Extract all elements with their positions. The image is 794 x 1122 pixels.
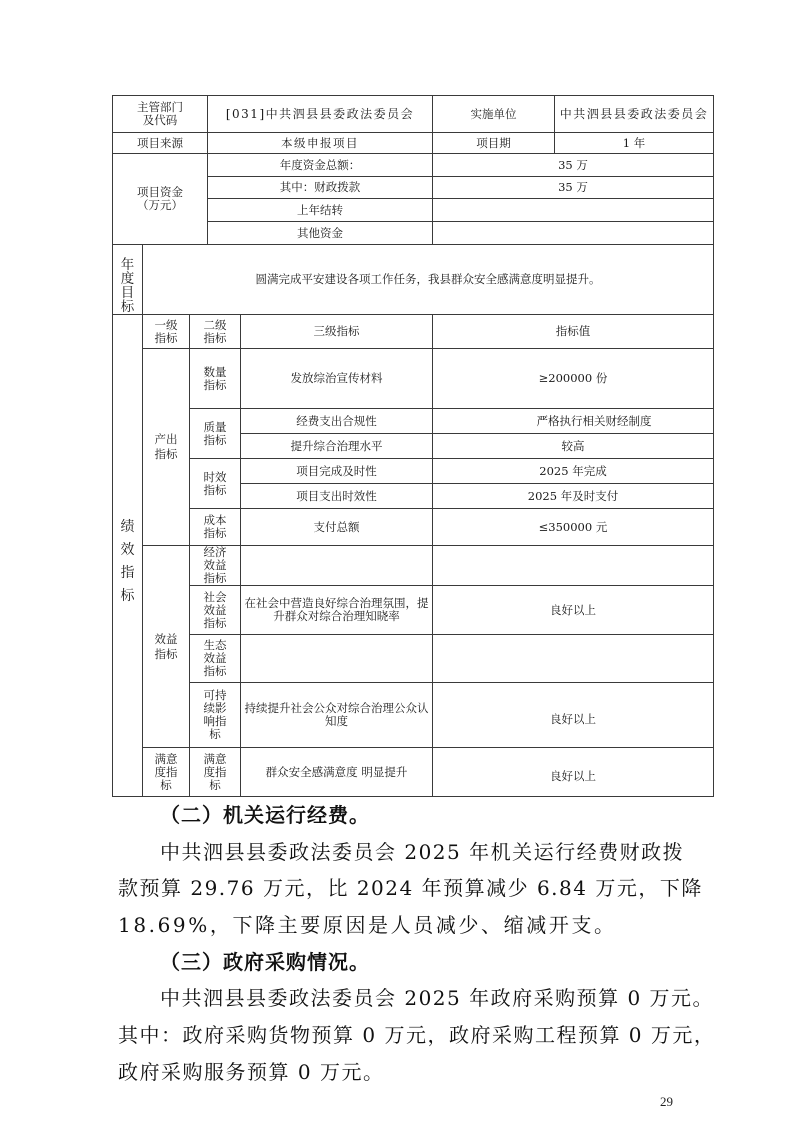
economic-benefit-label: 经济 效益 指标 (190, 546, 241, 586)
indicator-value: ≥200000 份 (433, 349, 714, 409)
paragraph-line: 政府采购服务预算 0 万元。 (118, 1054, 678, 1091)
indicator-name: 项目完成及时性 (241, 459, 433, 484)
annual-goal-row: 年度目标 圆满完成平安建设各项工作任务，我县群众安全感满意度明显提升。 (113, 245, 714, 315)
satisfaction-sub-label: 满意 度指 标 (190, 748, 241, 797)
indicator-value (433, 546, 714, 586)
paragraph-line: 中共泗县县委政法委员会 2025 年政府采购预算 0 万元。 (118, 980, 678, 1017)
cost-indicator-label: 成本 指标 (190, 509, 241, 546)
body-text: （二）机关运行经费。 中共泗县县委政法委员会 2025 年机关运行经费财政拨 款… (118, 797, 678, 1091)
table-row: 质量 指标 经费支出合规性 严格执行相关财经制度 (113, 409, 714, 434)
table-row: 满意 度指 标 满意 度指 标 群众安全感满意度 明显提升 良好以上 (113, 748, 714, 797)
indicator-value: 良好以上 (433, 586, 714, 635)
timeliness-indicator-label: 时效 指标 (190, 459, 241, 509)
funds-carryover-value (433, 199, 714, 222)
source-row: 项目来源 本级申报项目 项目期 1 年 (113, 133, 714, 154)
indicator-value: 较高 (433, 434, 714, 459)
indicator-name: 提升综合治理水平 (241, 434, 433, 459)
output-indicator-label: 产出 指标 (143, 349, 190, 546)
table-row: 社会 效益 指标 在社会中营造良好综合治理氛围，提升群众对综合治理知晓率 良好以… (113, 586, 714, 635)
performance-label-cell: 绩效指标 (113, 315, 143, 797)
table-row: 可持 续影 响指 标 持续提升社会公众对综合治理公众认知度 良好以上 (113, 683, 714, 748)
project-performance-table: 主管部门 及代码 [031]中共泗县县委政法委员会 实施单位 中共泗县县委政法委… (112, 95, 714, 797)
dept-label: 主管部门 及代码 (113, 96, 208, 133)
indicator-value: ≤350000 元 (433, 509, 714, 546)
paragraph-line: 中共泗县县委政法委员会 2025 年机关运行经费财政拨 (118, 834, 678, 871)
impl-label: 实施单位 (433, 96, 555, 133)
sustainable-impact-label: 可持 续影 响指 标 (190, 683, 241, 748)
satisfaction-indicator-label: 满意 度指 标 (143, 748, 190, 797)
funds-carryover-label: 上年结转 (208, 199, 433, 222)
header-level1: 一级 指标 (143, 315, 190, 349)
header-value: 指标值 (433, 315, 714, 349)
section-heading-procurement: （三）政府采购情况。 (118, 944, 678, 981)
annual-goal-label-cell: 年度目标 (113, 245, 143, 315)
header-level2: 二级 指标 (190, 315, 241, 349)
indicator-value: 严格执行相关财经制度 (433, 409, 714, 434)
social-benefit-label: 社会 效益 指标 (190, 586, 241, 635)
table-row: 时效 指标 项目完成及时性 2025 年完成 (113, 459, 714, 484)
indicator-value: 2025 年完成 (433, 459, 714, 484)
indicator-value: 良好以上 (433, 748, 714, 797)
impl-value: 中共泗县县委政法委员会 (555, 96, 714, 133)
quality-indicator-label: 质量 指标 (190, 409, 241, 459)
indicator-name: 在社会中营造良好综合治理氛围，提升群众对综合治理知晓率 (241, 586, 433, 635)
period-label: 项目期 (433, 133, 555, 154)
paragraph-line: 其中：政府采购货物预算 0 万元，政府采购工程预算 0 万元， (118, 1017, 678, 1054)
performance-header-row: 绩效指标 一级 指标 二级 指标 三级指标 指标值 (113, 315, 714, 349)
page-number: 29 (660, 1094, 673, 1110)
period-value: 1 年 (555, 133, 714, 154)
source-label: 项目来源 (113, 133, 208, 154)
section-heading-operating-expenses: （二）机关运行经费。 (118, 797, 678, 834)
indicator-name: 发放综治宣传材料 (241, 349, 433, 409)
indicator-value: 2025 年及时支付 (433, 484, 714, 509)
paragraph-line: 18.69%，下降主要原因是人员减少、缩减开支。 (118, 907, 678, 944)
dept-row: 主管部门 及代码 [031]中共泗县县委政法委员会 实施单位 中共泗县县委政法委… (113, 96, 714, 133)
quantity-indicator-label: 数量 指标 (190, 349, 241, 409)
indicator-name: 经费支出合规性 (241, 409, 433, 434)
table-row: 产出 指标 数量 指标 发放综治宣传材料 ≥200000 份 (113, 349, 714, 409)
funds-fiscal-value: 35 万 (433, 177, 714, 199)
header-level3: 三级指标 (241, 315, 433, 349)
funds-other-value (433, 222, 714, 245)
annual-goal-text: 圆满完成平安建设各项工作任务，我县群众安全感满意度明显提升。 (143, 245, 714, 315)
indicator-value: 良好以上 (433, 683, 714, 748)
source-value: 本级申报项目 (208, 133, 433, 154)
indicator-name: 持续提升社会公众对综合治理公众认知度 (241, 683, 433, 748)
table-row: 生态 效益 指标 (113, 635, 714, 683)
benefit-indicator-label: 效益 指标 (143, 546, 190, 748)
performance-label: 绩效指标 (121, 516, 135, 608)
indicator-name: 支付总额 (241, 509, 433, 546)
paragraph-line: 款预算 29.76 万元，比 2024 年预算减少 6.84 万元，下降 (118, 870, 678, 907)
document-page: 主管部门 及代码 [031]中共泗县县委政法委员会 实施单位 中共泗县县委政法委… (0, 0, 794, 1122)
ecological-benefit-label: 生态 效益 指标 (190, 635, 241, 683)
funds-total-value: 35 万 (433, 154, 714, 177)
indicator-name: 群众安全感满意度 明显提升 (241, 748, 433, 797)
indicator-name (241, 546, 433, 586)
indicator-value (433, 635, 714, 683)
annual-goal-label: 年度目标 (121, 258, 135, 314)
funds-total-label: 年度资金总额： (208, 154, 433, 177)
indicator-name (241, 635, 433, 683)
funds-row: 项目资金 （万元） 年度资金总额： 35 万 (113, 154, 714, 177)
funds-fiscal-label: 其中：财政拨款 (208, 177, 433, 199)
table-row: 成本 指标 支付总额 ≤350000 元 (113, 509, 714, 546)
dept-value: [031]中共泗县县委政法委员会 (208, 96, 433, 133)
indicator-name: 项目支出时效性 (241, 484, 433, 509)
funds-other-label: 其他资金 (208, 222, 433, 245)
funds-label: 项目资金 （万元） (113, 154, 208, 245)
table-row: 效益 指标 经济 效益 指标 (113, 546, 714, 586)
